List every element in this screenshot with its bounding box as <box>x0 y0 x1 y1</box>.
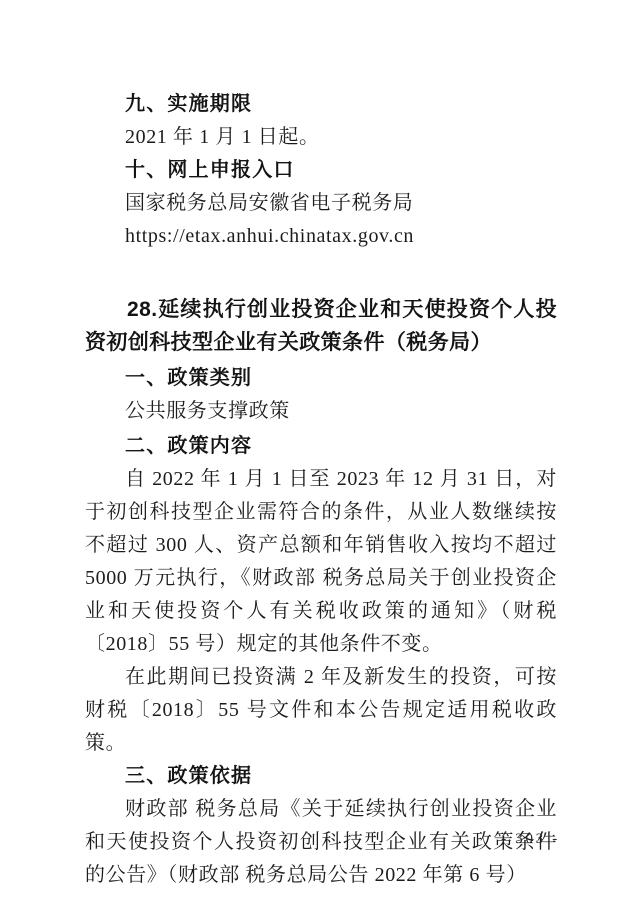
portal-name-text: 国家税务总局安徽省电子税务局 <box>85 187 557 220</box>
document-page: 九、实施期限 2021 年 1 月 1 日起。 十、网上申报入口 国家税务总局安… <box>0 0 642 907</box>
heading-policy-basis: 三、政策依据 <box>85 760 557 793</box>
heading-policy-content: 二、政策内容 <box>85 430 557 463</box>
policy-content-paragraph-1: 自 2022 年 1 月 1 日至 2023 年 12 月 31 日，对于初创科… <box>85 463 557 661</box>
heading-implementation-period: 九、实施期限 <box>85 88 557 121</box>
policy-content-paragraph-2: 在此期间已投资满 2 年及新发生的投资，可按财税〔2018〕55 号文件和本公告… <box>85 661 557 760</box>
policy-category-text: 公共服务支撑政策 <box>85 395 557 428</box>
document-body: 九、实施期限 2021 年 1 月 1 日起。 十、网上申报入口 国家税务总局安… <box>85 88 557 892</box>
heading-policy-category: 一、政策类别 <box>85 362 557 395</box>
item-28-title: 28.延续执行创业投资企业和天使投资个人投资初创科技型企业有关政策条件（税务局） <box>85 293 557 359</box>
policy-basis-text: 财政部 税务总局《关于延续执行创业投资企业和天使投资个人投资初创科技型企业有关政… <box>85 793 557 892</box>
implementation-period-text: 2021 年 1 月 1 日起。 <box>85 121 557 154</box>
page-number: - 303 - <box>501 831 560 848</box>
heading-online-filing-portal: 十、网上申报入口 <box>85 154 557 187</box>
portal-url-text: https://etax.anhui.chinatax.gov.cn <box>85 220 557 253</box>
